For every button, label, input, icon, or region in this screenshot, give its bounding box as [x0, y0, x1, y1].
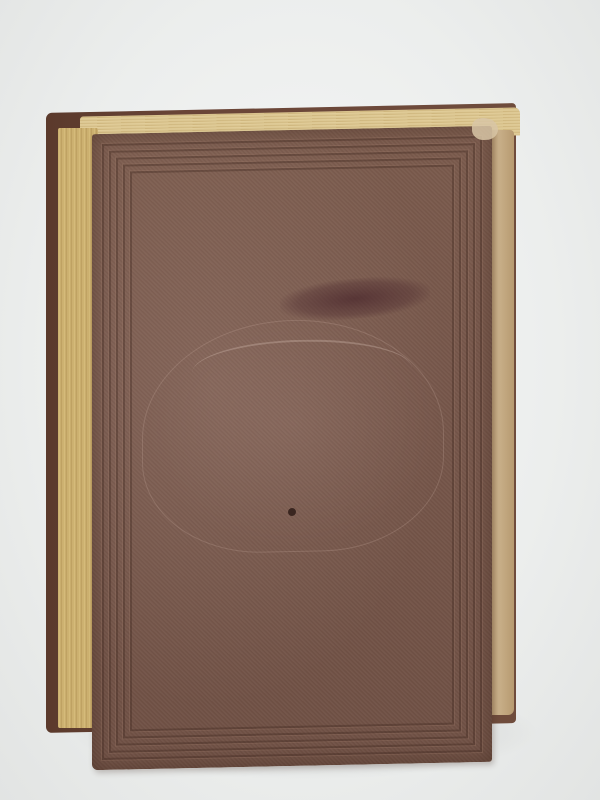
front-cover — [92, 126, 492, 770]
worn-corner — [472, 118, 498, 141]
